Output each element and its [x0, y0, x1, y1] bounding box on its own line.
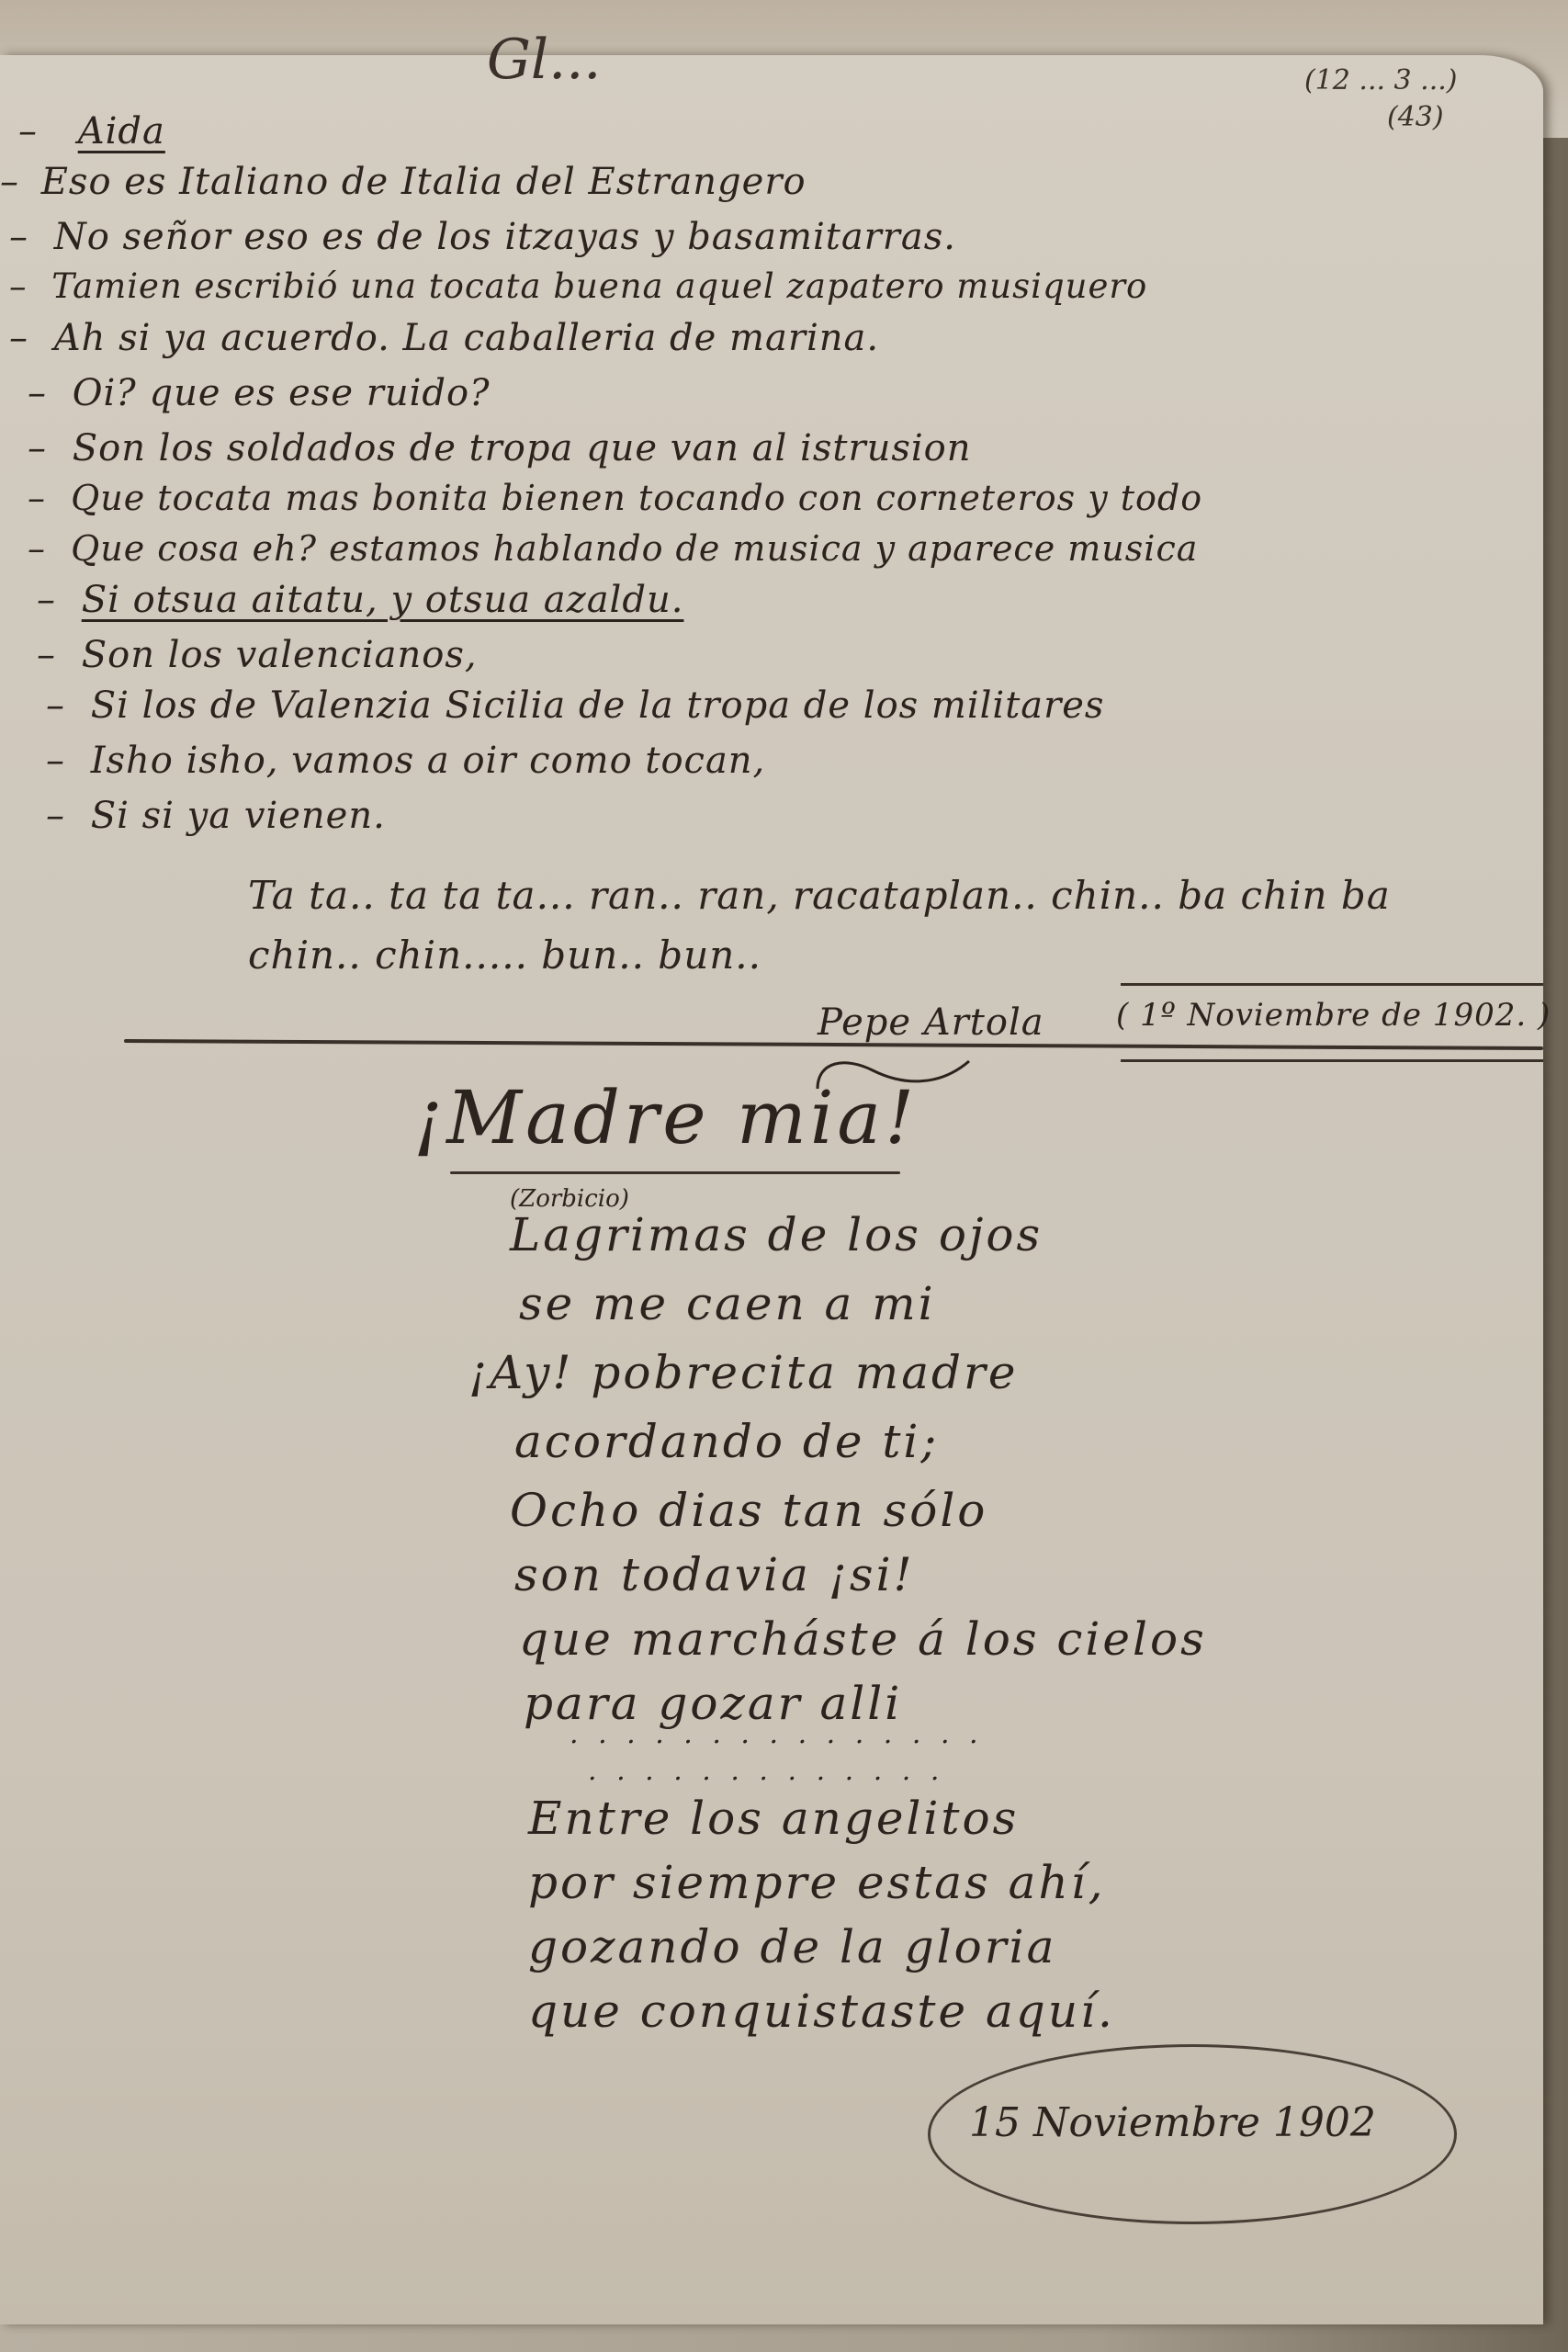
line-text: Eso es Italiano de Italia del Estrangero: [41, 161, 807, 203]
title-underline: [450, 1171, 900, 1174]
dash: –: [28, 478, 46, 518]
line-text: Si otsua aitatu, y otsua azaldu.: [82, 579, 684, 621]
poem-line: son todavia ¡si!: [514, 1548, 915, 1601]
dash: –: [9, 216, 28, 258]
date-2: 15 Noviembre 1902: [969, 2099, 1376, 2146]
line-text: No señor eso es de los itzayas y basamit…: [54, 216, 956, 258]
poem-title: ¡Madre mia!: [413, 1075, 918, 1160]
line-text: Isho isho, vamos a oir como tocan,: [91, 740, 766, 782]
dash: –: [0, 161, 19, 203]
line-text: Aida: [78, 110, 165, 153]
sound-line: chin.. chin..... bun.. bun..: [248, 933, 761, 978]
line-text: Si los de Valenzia Sicilia de la tropa d…: [91, 684, 1105, 727]
dash: –: [37, 579, 56, 621]
sound-line: Ta ta.. ta ta ta... ran.. ran, racatapla…: [248, 873, 1391, 918]
dialogue-line: – No señor eso es de los itzayas y basam…: [9, 216, 956, 258]
signature: Pepe Artola: [818, 1001, 1044, 1044]
poem-line: Lagrimas de los ojos: [510, 1208, 1043, 1261]
poem-line: que conquistaste aquí.: [528, 1984, 1115, 2038]
dash: –: [46, 740, 65, 782]
dialogue-line: – Son los valencianos,: [37, 634, 478, 676]
dialogue-line: – Isho isho, vamos a oir como tocan,: [46, 740, 765, 782]
dash: –: [46, 795, 65, 837]
date-text: 1º Noviembre de 1902.: [1140, 997, 1527, 1034]
line-text: Son los soldados de tropa que van al ist…: [73, 427, 972, 469]
date-1: ( 1º Noviembre de 1902. ): [1116, 997, 1551, 1034]
dialogue-line: – Tamien escribió una tocata buena aquel…: [9, 266, 1147, 306]
heading-fragment: Gl...: [487, 28, 601, 92]
poem-line: por siempre estas ahí,: [528, 1856, 1106, 1909]
dialogue-line: – Eso es Italiano de Italia del Estrange…: [0, 161, 807, 203]
dash: –: [28, 427, 47, 469]
line-text: Que tocata mas bonita bienen tocando con…: [71, 478, 1202, 518]
manuscript-page: Gl... (12 ... 3 ...) (43) – Aida – Eso e…: [0, 55, 1543, 2324]
dash: –: [28, 372, 47, 414]
dialogue-line: – Aida: [18, 110, 165, 153]
dialogue-line: – Que tocata mas bonita bienen tocando c…: [28, 478, 1202, 518]
ellipsis-row: . . . . . . . . . . . . .: [588, 1755, 944, 1787]
poem-line: Entre los angelitos: [528, 1792, 1019, 1845]
dash: –: [9, 266, 28, 306]
dialogue-line: – Oi? que es ese ruido?: [28, 372, 491, 414]
corner-note: (12 ... 3 ...): [1304, 64, 1458, 96]
dash: –: [9, 317, 28, 359]
line-text: Si si ya vienen.: [91, 795, 386, 837]
line-text: Son los valencianos,: [82, 634, 478, 676]
dash: –: [37, 634, 56, 676]
page-number: (43): [1387, 101, 1444, 133]
dialogue-line: – Si los de Valenzia Sicilia de la tropa…: [46, 684, 1104, 727]
dialogue-line: – Son los soldados de tropa que van al i…: [28, 427, 972, 469]
dash: –: [46, 684, 65, 727]
dialogue-line: – Que cosa eh? estamos hablando de music…: [28, 528, 1198, 569]
line-text: Tamien escribió una tocata buena aquel z…: [51, 266, 1147, 306]
dialogue-line: – Ah si ya acuerdo. La caballeria de mar…: [9, 317, 879, 359]
dash: –: [18, 110, 38, 153]
ellipsis-row: . . . . . . . . . . . . . . .: [570, 1718, 984, 1750]
dialogue-line: – Si otsua aitatu, y otsua azaldu.: [37, 579, 683, 621]
line-text: Oi? que es ese ruido?: [73, 372, 491, 414]
dash: –: [28, 528, 46, 569]
poem-line: que marcháste á los cielos: [519, 1612, 1207, 1666]
line-text: Que cosa eh? estamos hablando de musica …: [71, 528, 1198, 569]
poem-line: acordando de ti;: [514, 1415, 939, 1468]
poem-line: ¡Ay! pobrecita madre: [468, 1346, 1019, 1399]
poem-line: gozando de la gloria: [528, 1920, 1056, 1973]
line-text: Ah si ya acuerdo. La caballeria de marin…: [54, 317, 879, 359]
poem-line: se me caen a mi: [519, 1277, 936, 1330]
dialogue-line: – Si si ya vienen.: [46, 795, 386, 837]
poem-line: Ocho dias tan sólo: [510, 1484, 987, 1537]
